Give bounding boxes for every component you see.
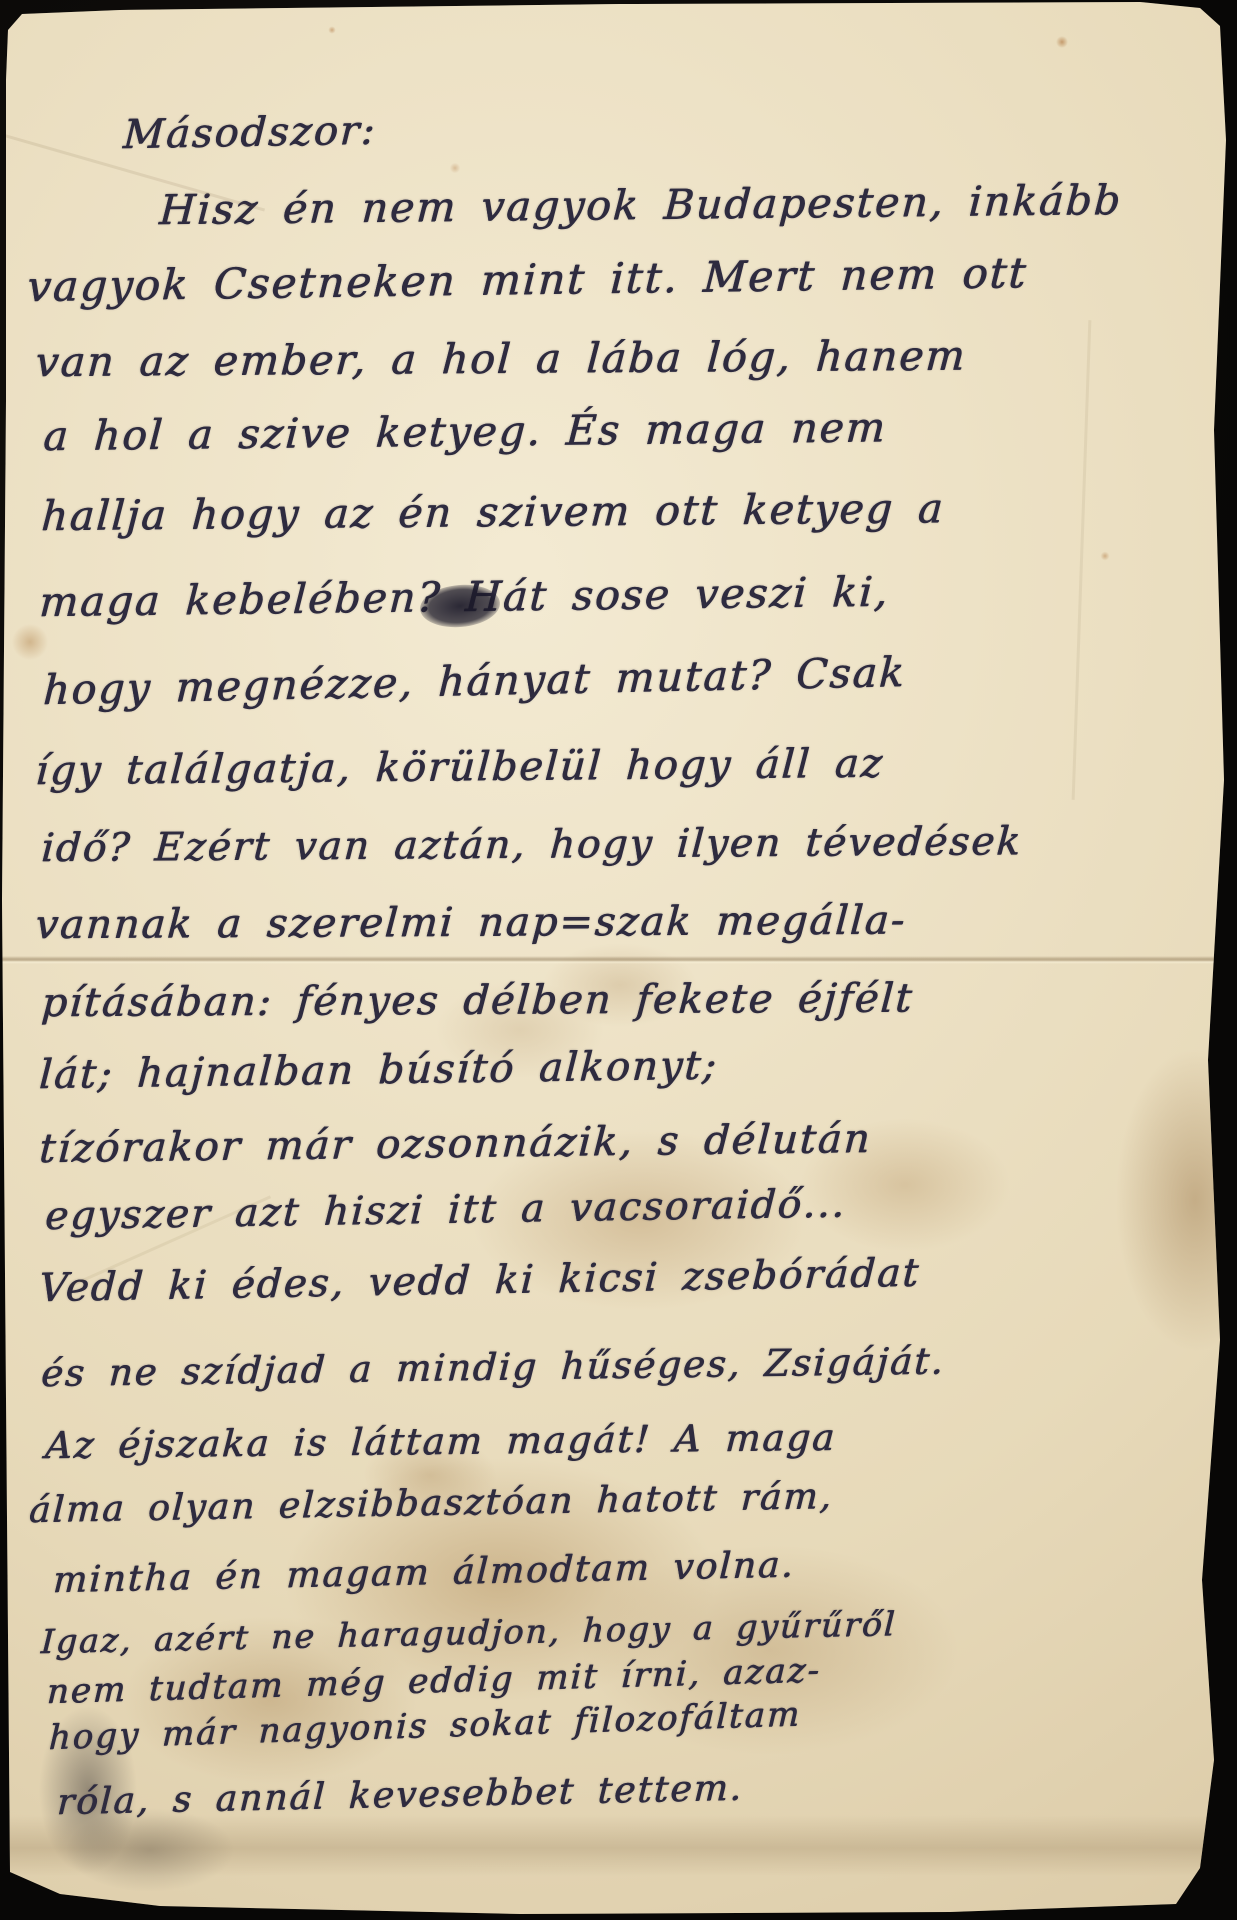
letter-line: tízórakor már ozsonnázik, s délután xyxy=(38,1116,873,1172)
letter-line: idő? Ezért van aztán, hogy ilyen tévedés… xyxy=(40,819,1023,871)
letter-line: a hol a szive ketyeg. És maga nem xyxy=(42,403,888,460)
scan-background: Másodszor: Hisz én nem vagyok Budapesten… xyxy=(0,0,1237,1920)
letter-line: Másodszor: xyxy=(122,108,378,158)
wrinkle-crease xyxy=(1072,320,1092,800)
letter-line: Az éjszaka is láttam magát! A maga xyxy=(44,1416,838,1467)
letter-line: mintha én magam álmodtam volna. xyxy=(52,1544,796,1601)
letter-line: Hisz én nem vagyok Budapesten, inkább xyxy=(158,176,1123,234)
letter-line: álma olyan elzsibbasztóan hatott rám, xyxy=(28,1476,834,1531)
fold-crease xyxy=(0,956,1237,964)
letter-line: van az ember, a hol a lába lóg, hanem xyxy=(34,331,968,386)
letter-line: pításában: fényes délben fekete éjfélt xyxy=(40,975,915,1026)
letter-line: róla, s annál kevesebbet tettem. xyxy=(56,1768,744,1823)
letter-line: vagyok Csetneken mint itt. Mert nem ott xyxy=(26,248,1029,311)
letter-line: hogy megnézze, hányat mutat? Csak xyxy=(42,648,907,714)
letter-line: és ne szídjad a mindig hűséges, Zsigáját… xyxy=(40,1339,946,1395)
letter-line: Vedd ki édes, vedd ki kicsi zsebórádat xyxy=(38,1251,921,1311)
letter-paper: Másodszor: Hisz én nem vagyok Budapesten… xyxy=(0,0,1237,1920)
letter-line: lát; hajnalban búsító alkonyt; xyxy=(38,1042,719,1098)
letter-line: hallja hogy az én szivem ott ketyeg a xyxy=(40,484,946,540)
letter-line: egyszer azt hiszi itt a vacsoraidő... xyxy=(44,1181,847,1239)
letter-line: így találgatja, körülbelül hogy áll az xyxy=(34,741,885,794)
letter-line: vannak a szerelmi nap=szak megálla- xyxy=(34,897,908,948)
